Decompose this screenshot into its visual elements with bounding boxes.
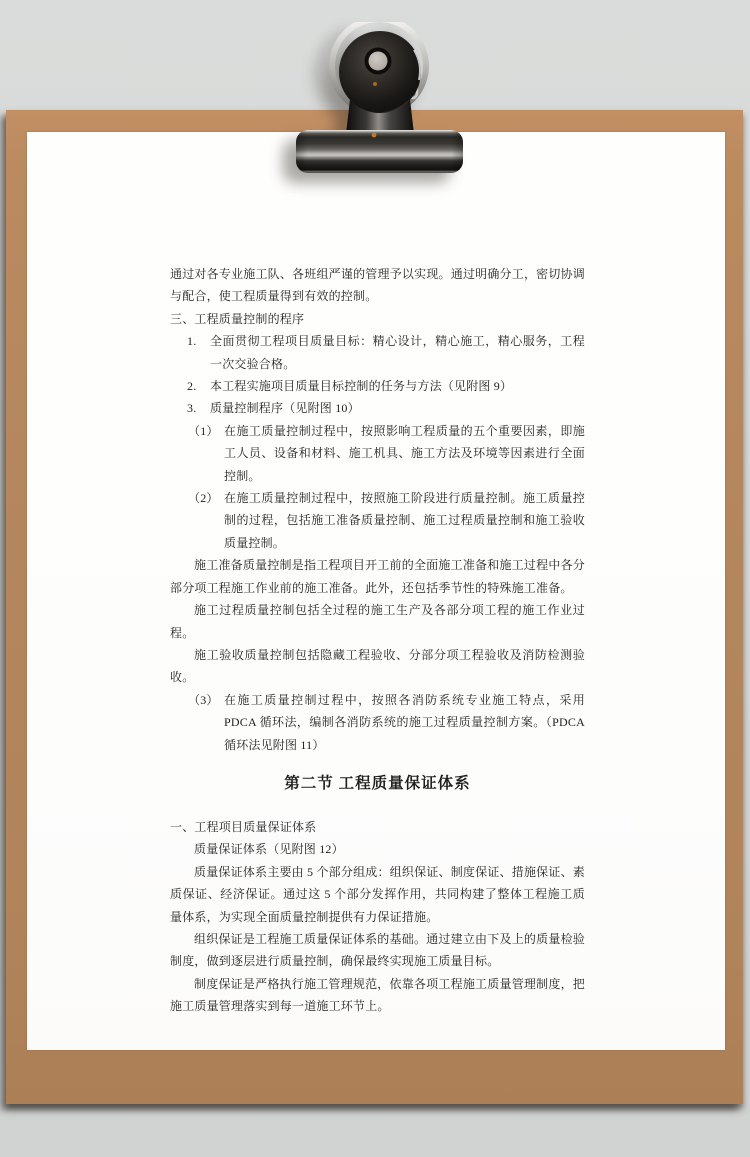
text-run: 通过对各专业施工队、各班组严谨的管理予以实现。通过明确分工，密切协调与配合，使工… (170, 267, 585, 303)
wall-background: 通过对各专业施工队、各班组严谨的管理予以实现。通过明确分工，密切协调与配合，使工… (0, 0, 750, 1157)
document-content: 通过对各专业施工队、各班组严谨的管理予以实现。通过明确分工，密切协调与配合，使工… (170, 263, 585, 1018)
text-run: 施工准备质量控制是指工程项目开工前的全面施工准备和施工过程中各分部分项工程施工作… (170, 558, 585, 594)
paragraph: 质量保证体系（见附图 12） (170, 838, 585, 860)
list-marker: （2） (188, 487, 219, 509)
clip-bar (296, 130, 463, 173)
paragraph: 质量保证体系主要由 5 个部分组成：组织保证、制度保证、措施保证、素质保证、经济… (170, 861, 585, 928)
paragraph: 制度保证是严格执行施工管理规范，依靠各项工程施工质量管理制度，把施工质量管理落实… (170, 973, 585, 1018)
list-item: 1.全面贯彻工程项目质量目标：精心设计，精心施工，精心服务，工程一次交验合格。 (170, 330, 585, 375)
list-marker: 3. (187, 397, 196, 419)
text-run: 施工过程质量控制包括全过程的施工生产及各部分项工程的施工作业过程。 (170, 603, 585, 639)
text-run: 三、工程质量控制的程序 (170, 312, 304, 326)
paragraph: 施工过程质量控制包括全过程的施工生产及各部分项工程的施工作业过程。 (170, 599, 585, 644)
list-marker: （3） (188, 689, 219, 711)
paragraph: 施工验收质量控制包括隐藏工程验收、分部分项工程验收及消防检测验收。 (170, 644, 585, 689)
list-marker: （1） (188, 420, 219, 442)
text-run: 本工程实施项目质量目标控制的任务与方法（见附图 9） (210, 379, 512, 393)
text-run: 组织保证是工程施工质量保证体系的基础。通过建立由下及上的质量检验制度，做到逐层进… (170, 932, 585, 968)
list-marker: 1. (187, 330, 196, 352)
text-run: 质量保证体系（见附图 12） (194, 842, 344, 856)
text-run: 在施工质量控制过程中，按照影响工程质量的五个重要因素，即施工人员、设备和材料、施… (224, 424, 585, 483)
paragraph: 组织保证是工程施工质量保证体系的基础。通过建立由下及上的质量检验制度，做到逐层进… (170, 928, 585, 973)
text-run: 制度保证是严格执行施工管理规范，依靠各项工程施工质量管理制度，把施工质量管理落实… (170, 977, 585, 1013)
document-page: 通过对各专业施工队、各班组严谨的管理予以实现。通过明确分工，密切协调与配合，使工… (27, 132, 725, 1050)
clip-disc (339, 31, 421, 113)
list-item: （2）在施工质量控制过程中，按照施工阶段进行质量控制。施工质量控制的过程，包括施… (170, 487, 585, 554)
paragraph: 三、工程质量控制的程序 (170, 308, 585, 330)
list-item: 2.本工程实施项目质量目标控制的任务与方法（见附图 9） (170, 375, 585, 397)
list-item: 3.质量控制程序（见附图 10） (170, 397, 585, 419)
list-marker: 2. (187, 375, 196, 397)
paragraph: 一、工程项目质量保证体系 (170, 816, 585, 838)
text-run: 一、工程项目质量保证体系 (170, 820, 316, 834)
text-run: 第二节 工程质量保证体系 (284, 775, 470, 792)
text-run: 全面贯彻工程项目质量目标：精心设计，精心施工，精心服务，工程一次交验合格。 (210, 334, 585, 370)
clipboard-clip (282, 22, 472, 187)
text-run: 在施工质量控制过程中，按照施工阶段进行质量控制。施工质量控制的过程，包括施工准备… (224, 491, 585, 550)
paragraph: 施工准备质量控制是指工程项目开工前的全面施工准备和施工过程中各分部分项工程施工作… (170, 554, 585, 599)
list-item: （1）在施工质量控制过程中，按照影响工程质量的五个重要因素，即施工人员、设备和材… (170, 420, 585, 487)
list-item: （3）在施工质量控制过程中，按照各消防系统专业施工特点，采用 PDCA 循环法，… (170, 689, 585, 756)
text-run: 质量控制程序（见附图 10） (210, 401, 360, 415)
section-heading: 第二节 工程质量保证体系 (170, 771, 585, 797)
text-run: 在施工质量控制过程中，按照各消防系统专业施工特点，采用 PDCA 循环法，编制各… (224, 693, 585, 752)
text-run: 质量保证体系主要由 5 个部分组成：组织保证、制度保证、措施保证、素质保证、经济… (170, 865, 585, 924)
paragraph: 通过对各专业施工队、各班组严谨的管理予以实现。通过明确分工，密切协调与配合，使工… (170, 263, 585, 308)
text-run: 施工验收质量控制包括隐藏工程验收、分部分项工程验收及消防检测验收。 (170, 648, 585, 684)
